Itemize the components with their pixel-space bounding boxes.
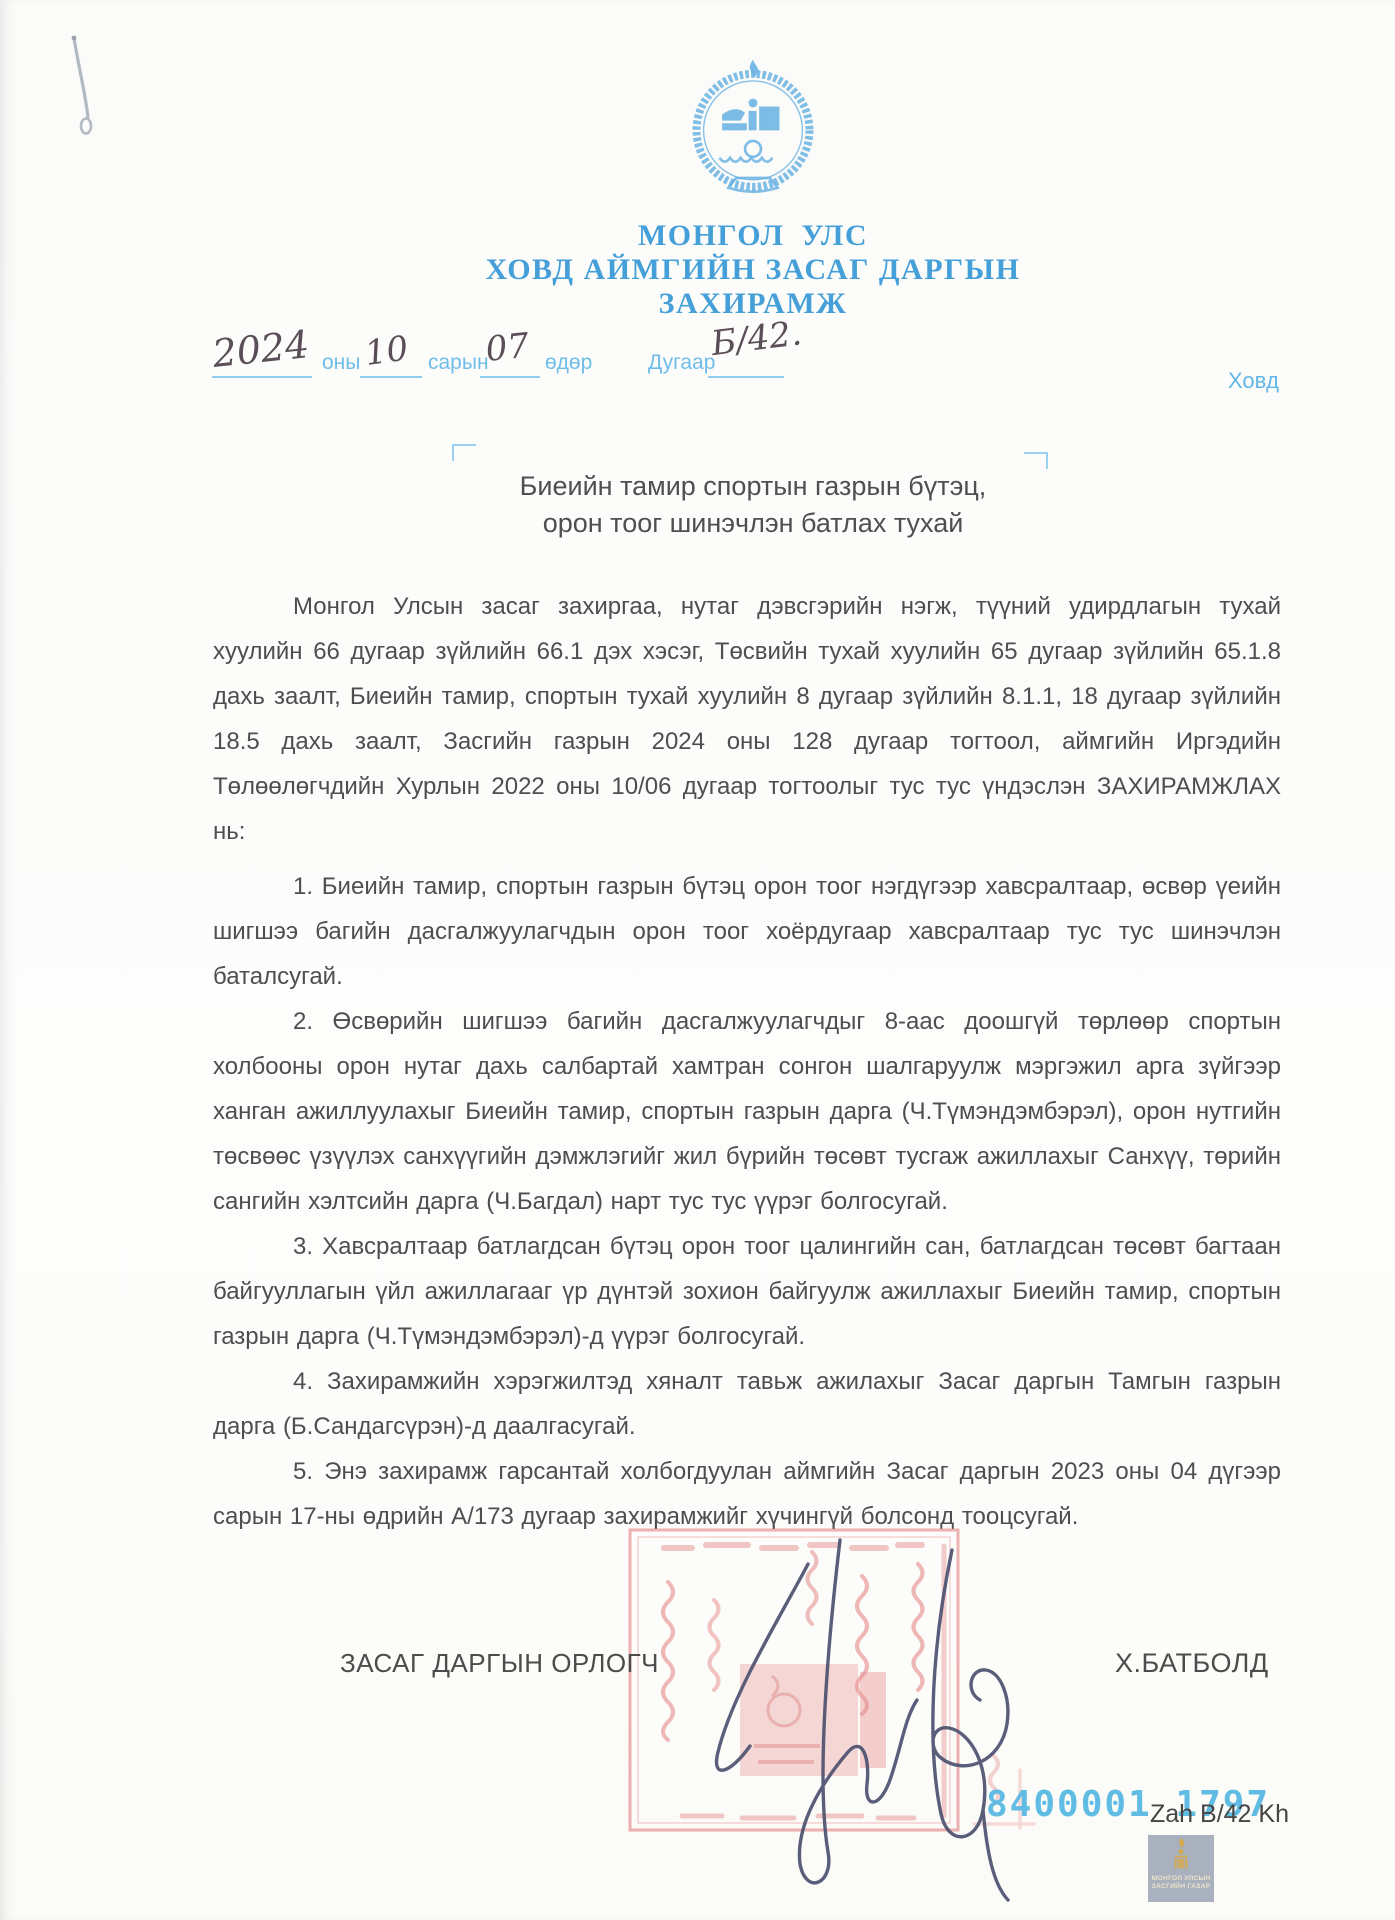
decree-item-3: 3. Хавсралтаар батлагдсан бүтэц орон тоо…	[213, 1224, 1281, 1359]
decree-item-1: 1. Биеийн тамир, спортын газрын бүтэц ор…	[213, 864, 1281, 999]
month-label: сарын	[428, 351, 489, 375]
signer-name: Х.БАТБОЛД	[1115, 1648, 1269, 1679]
document-title: Биеийн тамир спортын газрын бүтэц, орон …	[108, 468, 1395, 542]
year-label: оны	[322, 351, 360, 375]
number-label: Дугаар	[648, 351, 715, 375]
state-emblem-icon	[678, 52, 828, 214]
letterhead: МОНГОЛ УЛС ХОВД АЙМГИЙН ЗАСАГ ДАРГЫН ЗАХ…	[108, 52, 1395, 321]
month-underline	[360, 376, 422, 378]
signer-position: ЗАСАГ ДАРГЫН ОРЛОГЧ	[340, 1648, 659, 1679]
badge-line-1: МОНГОЛ УЛСЫН	[1151, 1875, 1210, 1882]
doc-type-heading: ЗАХИРАМЖ	[108, 287, 1395, 321]
signature-ink	[690, 1522, 1030, 1917]
intro-paragraph: Монгол Улсын засаг захиргаа, нутаг дэвсг…	[213, 584, 1281, 854]
year-underline	[212, 376, 312, 378]
badge-text: МОНГОЛ УЛСЫН ЗАСГИЙН ГАЗАР	[1148, 1875, 1214, 1891]
corner-mark-left	[452, 444, 476, 461]
handwritten-day: 07	[484, 326, 531, 370]
handwritten-year: 2024	[210, 322, 311, 376]
soyombo-icon	[1169, 1838, 1193, 1870]
handwritten-month: 10	[362, 328, 410, 374]
document-body: Монгол Улсын засаг захиргаа, нутаг дэвсг…	[213, 584, 1281, 1539]
title-line-2: орон тоог шинэчлэн батлах тухай	[108, 505, 1395, 542]
organization-name: ХОВД АЙМГИЙН ЗАСАГ ДАРГЫН	[108, 253, 1395, 287]
country-name: МОНГОЛ УЛС	[108, 219, 1395, 253]
government-badge: МОНГОЛ УЛСЫН ЗАСГИЙН ГАЗАР	[1148, 1835, 1214, 1902]
pen-scratch-mark	[58, 34, 106, 140]
title-line-1: Биеийн тамир спортын газрын бүтэц,	[108, 468, 1395, 505]
badge-line-2: ЗАСГИЙН ГАЗАР	[1152, 1883, 1211, 1890]
document-page: МОНГОЛ УЛС ХОВД АЙМГИЙН ЗАСАГ ДАРГЫН ЗАХ…	[0, 0, 1395, 1920]
reference-code: Zah B/42 Kh	[1150, 1800, 1289, 1829]
corner-mark-right	[1024, 452, 1048, 469]
decree-item-2: 2. Өсвөрийн шигшээ багийн дасгалжуулагчд…	[213, 999, 1281, 1224]
decree-item-4: 4. Захирамжийн хэрэгжилтэд хяналт тавьж …	[213, 1359, 1281, 1449]
day-underline	[480, 376, 540, 378]
number-underline	[708, 376, 784, 378]
region-label: Ховд	[1228, 368, 1279, 394]
day-label: өдөр	[545, 351, 592, 375]
